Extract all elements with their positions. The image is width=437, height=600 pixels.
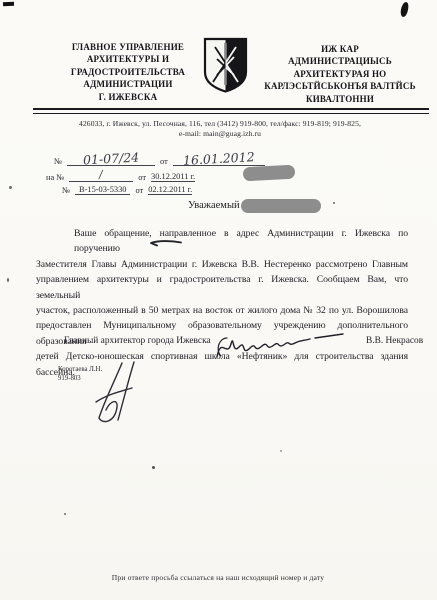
from-label: от	[160, 157, 168, 166]
scan-artifact	[9, 186, 12, 189]
footer-note: При ответе просьба ссылаться на наш исхо…	[18, 573, 418, 582]
outgoing-number-handwritten: 01-07/24	[83, 150, 140, 168]
redaction-blob	[243, 165, 296, 182]
letterhead-divider	[33, 108, 429, 114]
incoming-date-1: 30.12.2011 г.	[151, 172, 195, 182]
body-line: Заместителя Главы Администрации г. Ижевс…	[36, 257, 408, 272]
body-line: участок, расположенный в 50 метрах на во…	[36, 303, 408, 318]
salutation-label: Уважаемый	[188, 200, 240, 211]
scan-artifact	[400, 2, 409, 18]
letterhead-org-udmurt: ИЖ КАР АДМИНИСТРАЦИЫСЬ АРХИТЕКТУРАЯ НО К…	[248, 43, 432, 105]
scan-artifact	[3, 2, 14, 6]
scan-artifact	[152, 466, 155, 469]
org-line: ИЖ КАР	[248, 43, 432, 55]
letterhead-address: 426033, г. Ижевск, ул. Песочная, 116, те…	[20, 119, 420, 128]
pen-underline-mark	[148, 238, 184, 247]
scan-artifact	[7, 278, 9, 282]
incoming-date-2: 02.12.2011 г.	[148, 185, 192, 195]
org-line: ГЛАВНОЕ УПРАВЛЕНИЕ	[48, 41, 208, 53]
org-line: Г. ИЖЕВСКА	[48, 91, 208, 103]
on-no-label: на №	[46, 173, 64, 182]
scan-artifact	[280, 450, 282, 452]
scan-artifact	[333, 202, 335, 204]
ref-row-incoming-1: на № / от 30.12.2011 г.	[46, 170, 195, 182]
org-line: АРХИТЕКТУРЫ И	[48, 53, 208, 65]
org-line: АРХИТЕКТУРАЯ НО	[248, 68, 432, 80]
scan-artifact	[64, 513, 66, 515]
incoming-number-1-field: /	[69, 168, 133, 182]
signoff-title: Главный архитектор города Ижевска	[64, 336, 211, 346]
redaction-blob	[241, 199, 321, 213]
executor-flourish	[88, 360, 160, 426]
no-label: №	[62, 186, 70, 195]
incoming-number-2: В-15-03-5330	[75, 185, 130, 195]
from-label: от	[135, 186, 143, 195]
outgoing-number-field: 01-07/24	[67, 150, 155, 166]
letterhead-org-russian: ГЛАВНОЕ УПРАВЛЕНИЕ АРХИТЕКТУРЫ И ГРАДОСТ…	[48, 41, 208, 103]
body-line: Ваше обращение, направленное в адрес Адм…	[36, 226, 408, 257]
org-line: ГРАДОСТРОИТЕЛЬСТВА	[48, 66, 208, 78]
outgoing-date-field: 16.01.2012	[173, 150, 265, 166]
org-line: КАРЛЭСЬТЙСЬКОНЪЯ ВАЛТЙСЬ	[248, 80, 432, 92]
signoff-name: В.В. Некрасов	[366, 336, 423, 346]
reply-slash-handwritten: /	[99, 168, 103, 181]
from-label: от	[138, 173, 146, 182]
letterhead-email: e-mail: main@guag.izh.ru	[20, 129, 420, 138]
izhevsk-coat-of-arms-icon	[203, 37, 248, 93]
no-label: №	[54, 157, 62, 166]
outgoing-date-handwritten: 16.01.2012	[183, 149, 255, 168]
org-line: КИВАЛТОННИ	[248, 93, 432, 105]
body-line: управлением архитектуры и градостроитель…	[36, 272, 408, 303]
ref-row-outgoing: № 01-07/24 от 16.01.2012	[54, 146, 265, 166]
org-line: АДМИНИСТРАЦИЫСЬ	[248, 55, 432, 67]
org-line: АДМИНИСТРАЦИИ	[48, 78, 208, 90]
signature-autograph	[211, 326, 359, 364]
ref-row-incoming-2: № В-15-03-5330 от 02.12.2011 г.	[62, 183, 192, 195]
scanned-letter-page: ГЛАВНОЕ УПРАВЛЕНИЕ АРХИТЕКТУРЫ И ГРАДОСТ…	[0, 0, 437, 600]
